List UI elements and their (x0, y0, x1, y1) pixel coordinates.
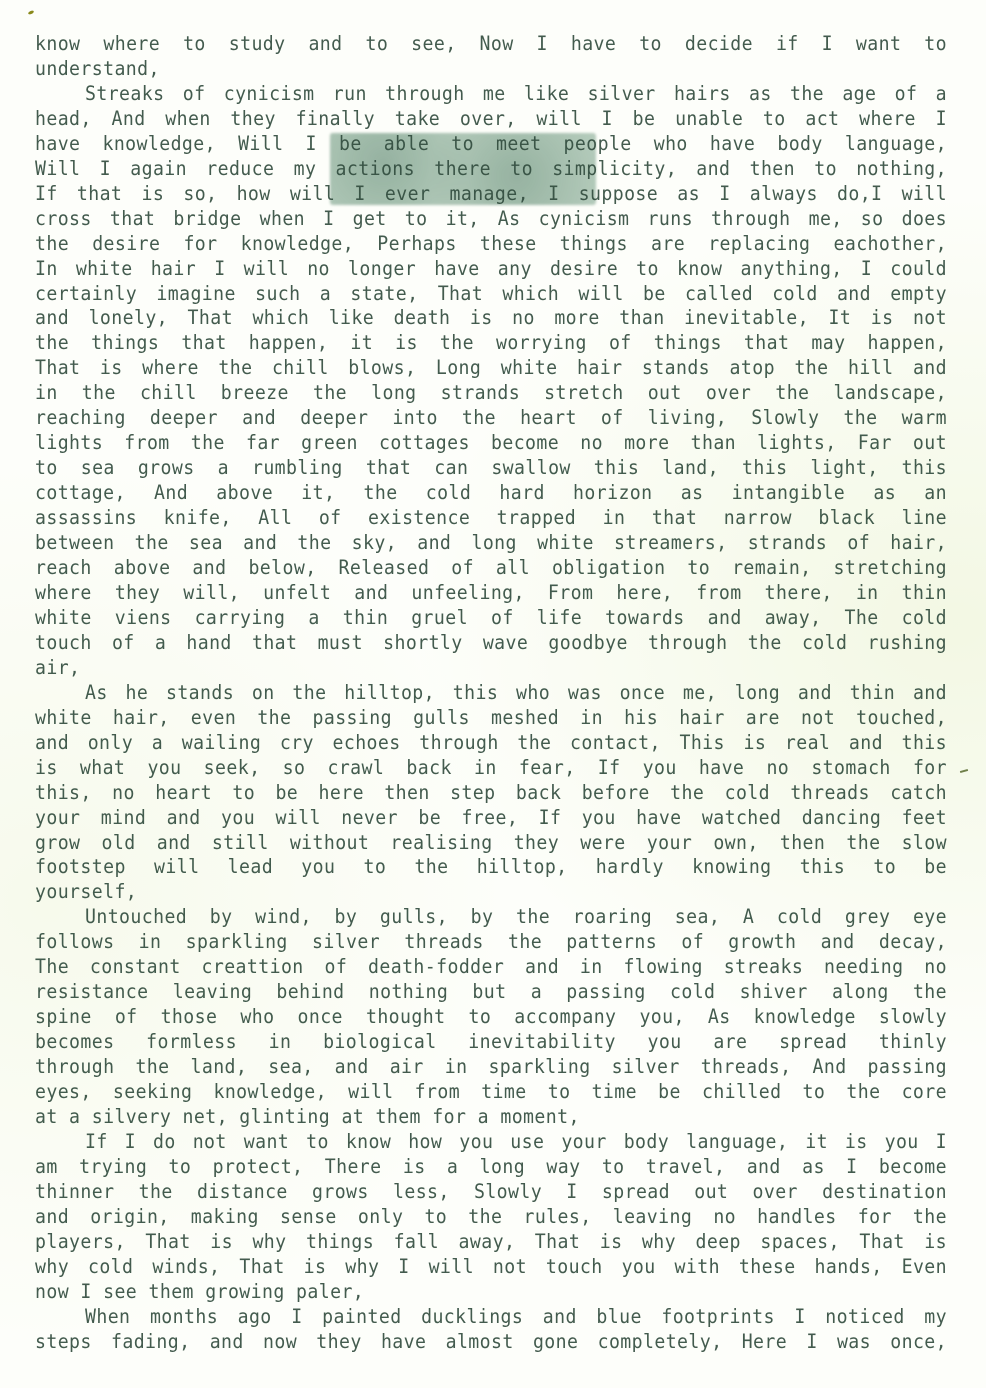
text-line: When months ago I painted ducklings and … (35, 1305, 947, 1331)
text-line: reaching deeper and deeper into the hear… (35, 407, 947, 433)
text-line: head, And when they finally take over, w… (35, 107, 947, 133)
text-line: understand, (35, 57, 947, 83)
text-line: why cold winds, That is why I will not t… (35, 1255, 947, 1281)
text-line: yourself, (35, 881, 947, 907)
text-line: follows in sparkling silver threads the … (35, 931, 947, 957)
ink-speck-mark (28, 10, 35, 15)
text-line: the things that happen, it is the worryi… (35, 332, 947, 358)
text-line: reach above and below, Released of all o… (35, 556, 947, 582)
paragraph: know where to study and to see, Now I ha… (35, 33, 947, 83)
text-line: to sea grows a rumbling that can swallow… (35, 457, 947, 483)
paragraph: Untouched by wind, by gulls, by the roar… (35, 906, 947, 1131)
text-line: and only a wailing cry echoes through th… (35, 731, 947, 757)
text-line: is what you seek, so crawl back in fear,… (35, 756, 947, 782)
text-line: The constant creattion of death-fodder a… (35, 956, 947, 982)
text-line: Streaks of cynicism run through me like … (35, 82, 947, 108)
text-line: That is where the chill blows, Long whit… (35, 357, 947, 383)
text-line: players, That is why things fall away, T… (35, 1230, 947, 1256)
text-line: this, no heart to be here then step back… (35, 781, 947, 807)
paragraph: When months ago I painted ducklings and … (35, 1306, 947, 1356)
text-line: have knowledge, Will I be able to meet p… (35, 132, 947, 158)
text-line: in the chill breeze the long strands str… (35, 382, 947, 408)
text-line: steps fading, and now they have almost g… (35, 1330, 947, 1356)
text-line: white viens carrying a thin gruel of lif… (35, 606, 947, 632)
text-line: white hair, even the passing gulls meshe… (35, 706, 947, 732)
text-line: the desire for knowledge, Perhaps these … (35, 232, 947, 258)
text-line: now I see them growing paler, (35, 1280, 947, 1306)
text-line: your mind and you will never be free, If… (35, 806, 947, 832)
text-line: resistance leaving behind nothing but a … (35, 981, 947, 1007)
paragraph: Streaks of cynicism run through me like … (35, 83, 947, 682)
text-line: thinner the distance grows less, Slowly … (35, 1180, 947, 1206)
text-line: becomes formless in biological inevitabi… (35, 1031, 947, 1057)
text-line: As he stands on the hilltop, this who wa… (35, 681, 947, 707)
paragraph: If I do not want to know how you use you… (35, 1131, 947, 1306)
text-line: am trying to protect, There is a long wa… (35, 1155, 947, 1181)
text-line: spine of those who once thought to accom… (35, 1006, 947, 1032)
text-line: and origin, making sense only to the rul… (35, 1205, 947, 1231)
text-line: Untouched by wind, by gulls, by the roar… (35, 906, 947, 932)
document-body-text: know where to study and to see, Now I ha… (35, 33, 947, 1356)
text-line: at a silvery net, glinting at them for a… (35, 1105, 947, 1131)
text-line: air, (35, 656, 947, 682)
text-line: In white hair I will no longer have any … (35, 257, 947, 283)
text-line: footstep will lead you to the hilltop, h… (35, 856, 947, 882)
text-line: where they will, unfelt and unfeeling, F… (35, 581, 947, 607)
text-line: know where to study and to see, Now I ha… (35, 32, 947, 58)
text-line: certainly imagine such a state, That whi… (35, 282, 947, 308)
text-line: If that is so, how will I ever manage, I… (35, 182, 947, 208)
paragraph: As he stands on the hilltop, this who wa… (35, 682, 947, 907)
text-line: and lonely, That which like death is no … (35, 307, 947, 333)
text-line: touch of a hand that must shortly wave g… (35, 631, 947, 657)
text-line: grow old and still without realising the… (35, 831, 947, 857)
text-line: lights from the far green cottages becom… (35, 432, 947, 458)
text-line: If I do not want to know how you use you… (35, 1130, 947, 1156)
text-line: cottage, And above it, the cold hard hor… (35, 482, 947, 508)
text-line: eyes, seeking knowledge, will from time … (35, 1080, 947, 1106)
text-line: through the land, sea, and air in sparkl… (35, 1055, 947, 1081)
text-line: cross that bridge when I get to it, As c… (35, 207, 947, 233)
text-line: between the sea and the sky, and long wh… (35, 531, 947, 557)
margin-pen-mark (960, 769, 968, 773)
text-line: Will I again reduce my actions there to … (35, 157, 947, 183)
scanned-typewritten-page: know where to study and to see, Now I ha… (0, 0, 986, 1388)
text-line: assassins knife, All of existence trappe… (35, 506, 947, 532)
